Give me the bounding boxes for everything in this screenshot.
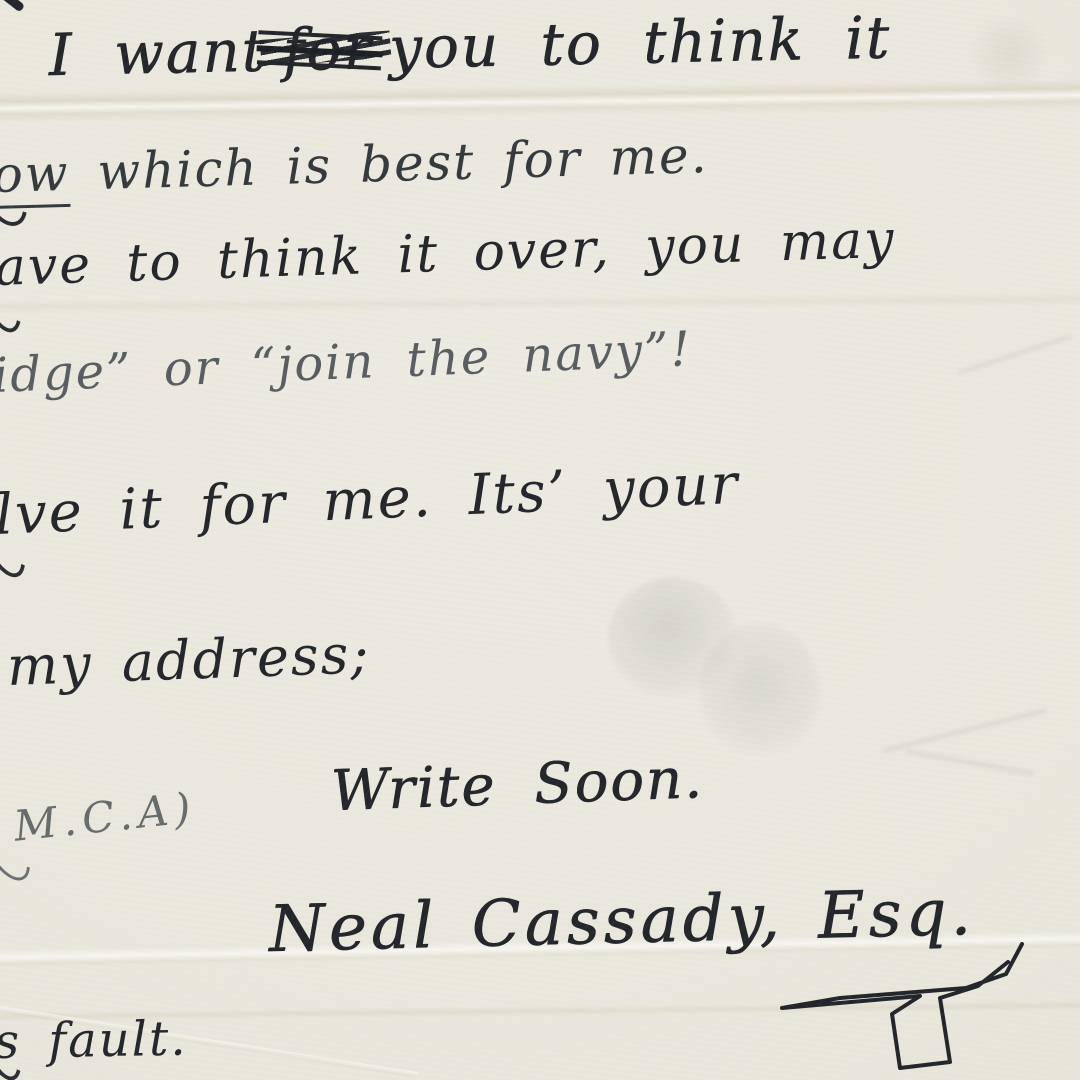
line1-text-post: you to think it <box>388 3 891 82</box>
signature-flourish <box>770 938 1030 1080</box>
ink-smudge <box>700 622 820 762</box>
line8-text: M.C.A) <box>12 783 199 851</box>
ink-bleedthrough-mark <box>957 334 1073 376</box>
line5-text: lve it for me. Its’ your <box>0 452 741 548</box>
paper-crease-middle <box>0 292 1080 314</box>
line2-underlined-fragment: ow <box>0 144 70 204</box>
line4-text: idge” or “join the navy”! <box>0 321 693 404</box>
handwriting-ymca-fragment: M.C.A) <box>12 787 198 848</box>
handwriting-closing-write-soon: Write Soon. <box>330 751 705 820</box>
line10-text: s fault. <box>0 1011 188 1070</box>
handwriting-line-5: lve it for me. Its’ your <box>0 457 740 544</box>
line7-text: Write Soon. <box>330 746 705 824</box>
line2-text: which is best for me. <box>69 126 709 202</box>
line3-text: ave to think it over, you may <box>0 210 896 298</box>
signature-text: Neal Cassady, Esq. <box>268 876 976 967</box>
line6-text: my address; <box>6 622 372 698</box>
clipped-letter-stroke <box>0 0 25 13</box>
handwriting-line-2: ow which is best for me. <box>0 130 709 200</box>
line1-struck-out-word: for <box>282 19 373 79</box>
handwriting-line-6: my address; <box>6 627 371 694</box>
paper-stain <box>965 18 1055 88</box>
handwriting-signature: Neal Cassady, Esq. <box>268 881 975 962</box>
handwriting-line-bottom: s fault. <box>0 1015 188 1066</box>
ink-bleedthrough-mark <box>906 749 1035 776</box>
handwriting-line-4: idge” or “join the navy”! <box>0 325 693 400</box>
letter-page: I wantforyou to think it ow which is bes… <box>0 0 1080 1080</box>
handwriting-line-3: ave to think it over, you may <box>0 214 896 294</box>
ink-smudge <box>608 578 738 698</box>
ink-bleedthrough-mark <box>882 708 1048 754</box>
line1-text-pre: I want <box>48 16 268 89</box>
handwriting-line-1: I wantforyou to think it <box>48 8 892 84</box>
